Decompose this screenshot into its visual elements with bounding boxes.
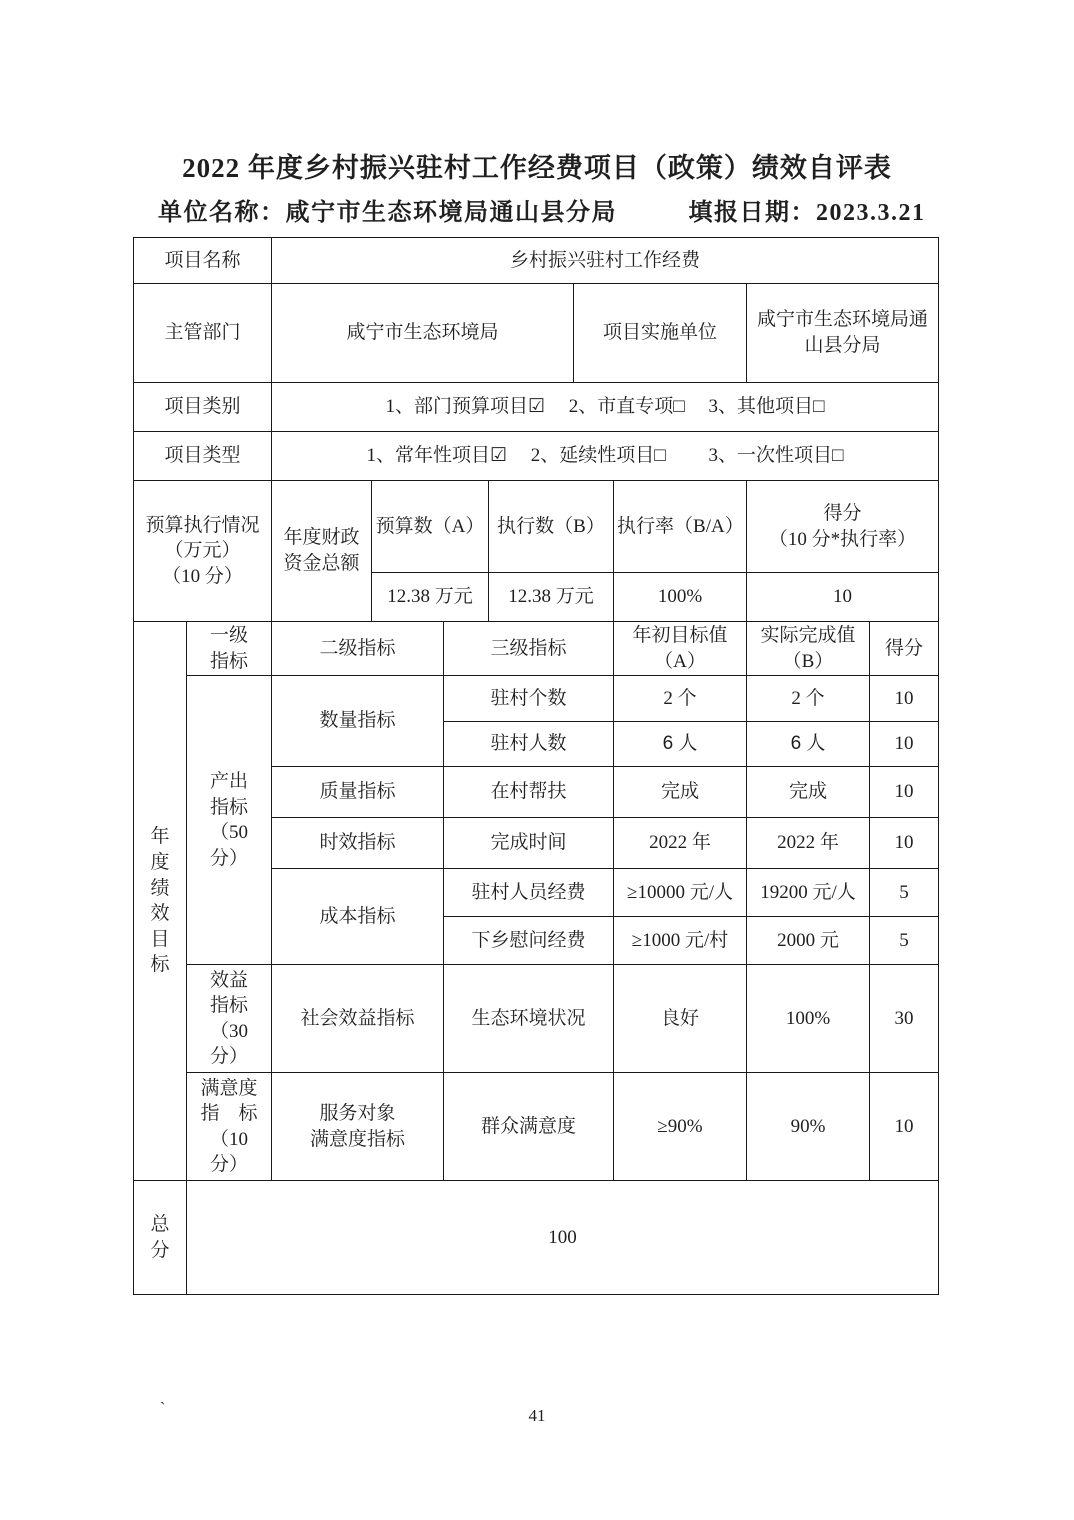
table-row: 项目名称 乡村振兴驻村工作经费: [134, 238, 939, 284]
budget-total-label: 年度财政 资金总额: [272, 481, 372, 622]
dept-label: 主管部门: [134, 284, 272, 383]
indicator-score: 10: [870, 767, 939, 818]
project-name-value: 乡村振兴驻村工作经费: [272, 238, 939, 284]
indicator-name: 下乡慰问经费: [444, 917, 614, 965]
budget-col-exec: 执行数（B）: [489, 481, 614, 573]
perf-section-label: 年 度 绩 效 目 标: [134, 622, 187, 1181]
indicator-target: 完成: [614, 767, 747, 818]
dept-value: 咸宁市生态环境局: [272, 284, 574, 383]
service-satisfaction-label: 服务对象 满意度指标: [272, 1073, 444, 1181]
quality-indicator-label: 质量指标: [272, 767, 444, 818]
indicator-name: 驻村人员经费: [444, 869, 614, 917]
header-score: 得分: [870, 622, 939, 676]
social-benefit-label: 社会效益指标: [272, 965, 444, 1073]
benefit-indicator-label: 效益 指标 （30 分）: [187, 965, 272, 1073]
page-title: 2022 年度乡村振兴驻村工作经费项目（政策）绩效自评表: [0, 146, 1074, 185]
indicator-score: 10: [870, 1073, 939, 1181]
type-checkboxes: 1、常年性项目☑ 2、延续性项目□ 3、一次性项目□: [272, 432, 939, 481]
indicator-score: 5: [870, 917, 939, 965]
self-evaluation-table: 项目名称 乡村振兴驻村工作经费 主管部门 咸宁市生态环境局 项目实施单位 咸宁市…: [133, 237, 939, 1295]
indicator-score: 10: [870, 818, 939, 869]
indicator-actual: 2000 元: [747, 917, 870, 965]
table-row: 满意度 指 标 （10 分） 服务对象 满意度指标 群众满意度 ≥90% 90%…: [134, 1073, 939, 1181]
cost-indicator-label: 成本指标: [272, 869, 444, 965]
rate-value: 100%: [614, 573, 747, 622]
table-row: 效益 指标 （30 分） 社会效益指标 生态环境状况 良好 100% 30: [134, 965, 939, 1073]
budget-col-budget: 预算数（A）: [372, 481, 489, 573]
exec-value: 12.38 万元: [489, 573, 614, 622]
indicator-actual: 100%: [747, 965, 870, 1073]
budget-value: 12.38 万元: [372, 573, 489, 622]
indicator-target: 良好: [614, 965, 747, 1073]
header-actual: 实际完成值 （B）: [747, 622, 870, 676]
indicator-actual: 2 个: [747, 676, 870, 722]
budget-col-score: 得分 （10 分*执行率）: [747, 481, 939, 573]
budget-col-rate: 执行率（B/A）: [614, 481, 747, 573]
page-number: 41: [0, 1406, 1074, 1426]
satisfaction-indicator-label: 满意度 指 标 （10 分）: [187, 1073, 272, 1181]
category-checkboxes: 1、部门预算项目☑ 2、市直专项□ 3、其他项目□: [272, 383, 939, 432]
header-level2: 二级指标: [272, 622, 444, 676]
header-level3: 三级指标: [444, 622, 614, 676]
indicator-target: 2 个: [614, 676, 747, 722]
indicator-target: 6 人: [614, 722, 747, 767]
indicator-target: ≥10000 元/人: [614, 869, 747, 917]
total-score-value: 100: [187, 1181, 939, 1295]
indicator-name: 群众满意度: [444, 1073, 614, 1181]
indicator-name: 生态环境状况: [444, 965, 614, 1073]
indicator-name: 驻村人数: [444, 722, 614, 767]
budget-section-label: 预算执行情况 （万元） （10 分）: [134, 481, 272, 622]
header-target: 年初目标值 （A）: [614, 622, 747, 676]
timeliness-indicator-label: 时效指标: [272, 818, 444, 869]
indicator-target: ≥1000 元/村: [614, 917, 747, 965]
indicator-name: 在村帮扶: [444, 767, 614, 818]
indicator-actual: 19200 元/人: [747, 869, 870, 917]
total-score-label: 总 分: [134, 1181, 187, 1295]
indicator-target: ≥90%: [614, 1073, 747, 1181]
output-indicator-label: 产出 指标 （50 分）: [187, 676, 272, 965]
indicator-name: 驻村个数: [444, 676, 614, 722]
project-name-label: 项目名称: [134, 238, 272, 284]
table-row: 项目类型 1、常年性项目☑ 2、延续性项目□ 3、一次性项目□: [134, 432, 939, 481]
impl-unit-label: 项目实施单位: [574, 284, 747, 383]
indicator-actual: 2022 年: [747, 818, 870, 869]
unit-name-label: 单位名称：咸宁市生态环境局通山县分局: [158, 200, 617, 226]
table-row: 主管部门 咸宁市生态环境局 项目实施单位 咸宁市生态环境局通 山县分局: [134, 284, 939, 383]
indicator-target: 2022 年: [614, 818, 747, 869]
budget-score-value: 10: [747, 573, 939, 622]
indicator-name: 完成时间: [444, 818, 614, 869]
quantity-indicator-label: 数量指标: [272, 676, 444, 767]
indicator-score: 5: [870, 869, 939, 917]
subtitle-line: 单位名称：咸宁市生态环境局通山县分局 填报日期：2023.3.21: [158, 192, 926, 227]
report-date-label: 填报日期：2023.3.21: [689, 200, 926, 226]
table-row: 产出 指标 （50 分） 数量指标 驻村个数 2 个 2 个 10: [134, 676, 939, 722]
category-label: 项目类别: [134, 383, 272, 432]
table-row: 年 度 绩 效 目 标 一级 指标 二级指标 三级指标 年初目标值 （A） 实际…: [134, 622, 939, 676]
indicator-actual: 6 人: [747, 722, 870, 767]
table-row: 预算执行情况 （万元） （10 分） 年度财政 资金总额 预算数（A） 执行数（…: [134, 481, 939, 573]
table-row: 项目类别 1、部门预算项目☑ 2、市直专项□ 3、其他项目□: [134, 383, 939, 432]
document-page: 2022 年度乡村振兴驻村工作经费项目（政策）绩效自评表 单位名称：咸宁市生态环…: [0, 0, 1074, 1520]
indicator-score: 10: [870, 722, 939, 767]
impl-unit-value: 咸宁市生态环境局通 山县分局: [747, 284, 939, 383]
indicator-actual: 90%: [747, 1073, 870, 1181]
indicator-score: 30: [870, 965, 939, 1073]
type-label: 项目类型: [134, 432, 272, 481]
header-level1: 一级 指标: [187, 622, 272, 676]
indicator-actual: 完成: [747, 767, 870, 818]
table-row: 总 分 100: [134, 1181, 939, 1295]
indicator-score: 10: [870, 676, 939, 722]
